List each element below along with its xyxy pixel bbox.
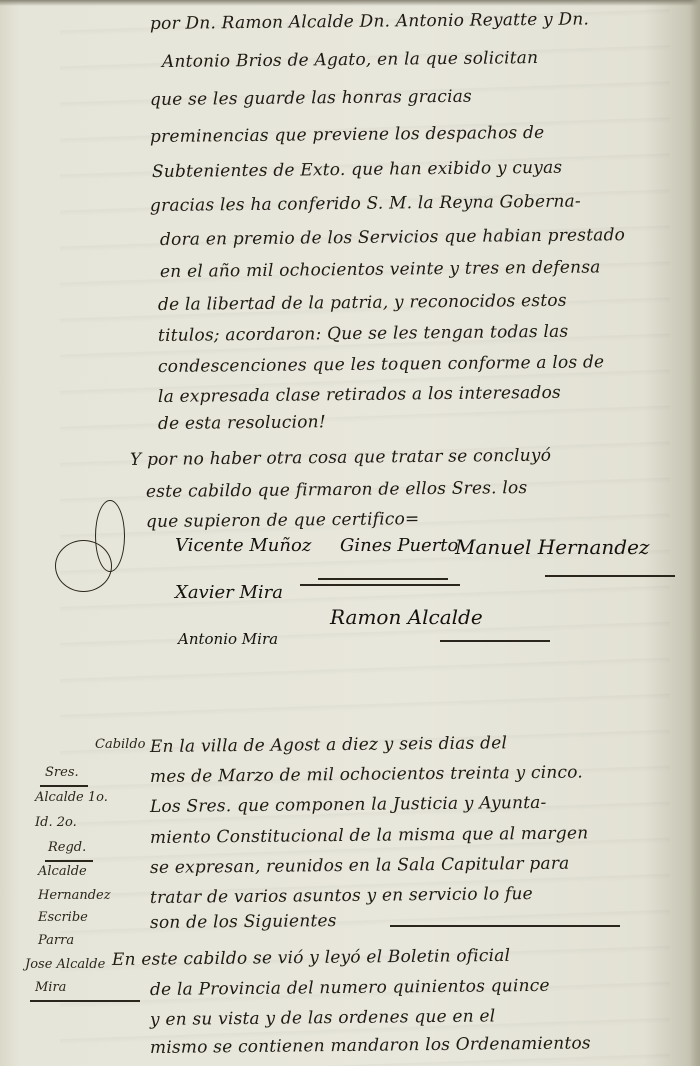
entry-line: Los Sres. que componen la Justicia y Ayu… [150, 793, 547, 817]
entry-line: miento Constitucional de la misma que al… [150, 823, 589, 848]
signature: Antonio Mira [178, 630, 278, 648]
margin-rule [45, 860, 93, 862]
margin-note: Parra [38, 933, 74, 948]
signature: Gines Puerto [340, 535, 458, 556]
entry-line: En la villa de Agost a diez y seis dias … [150, 733, 507, 757]
entry-line: tratar de varios asuntos y en servicio l… [150, 884, 533, 908]
body-line: titulos; acordaron: Que se les tengan to… [158, 322, 569, 346]
body-line: Subtenientes de Exto. que han exibido y … [152, 158, 562, 182]
body-line: Y por no haber otra cosa que tratar se c… [130, 446, 551, 470]
body-line: este cabildo que firmaron de ellos Sres.… [146, 478, 528, 502]
signature-underline [545, 575, 675, 577]
signature: Ramon Alcalde [330, 605, 483, 629]
body-line: preminencias que previene los despachos … [150, 123, 545, 147]
body-line: que supieron de que certifico= [146, 509, 420, 532]
body-line: por Dn. Ramon Alcalde Dn. Antonio Reyatt… [150, 9, 589, 34]
entry-line: de la Provincia del numero quinientos qu… [150, 976, 550, 1000]
signature-underline [300, 584, 460, 586]
signature-underline [440, 640, 550, 642]
entry-line: mismo se contienen mandaron los Ordenami… [150, 1033, 591, 1058]
body-line: gracias les ha conferido S. M. la Reyna … [150, 191, 581, 216]
margin-note: Escribe [38, 910, 88, 925]
body-line: condescenciones que les toquen conforme … [158, 352, 604, 377]
notary-rubric-icon [95, 500, 125, 572]
margin-note: Regd. [48, 840, 86, 855]
entry-line: En este cabildo se vió y leyó el Boletin… [112, 946, 510, 970]
entry-line: son de los Siguientes [150, 911, 337, 933]
signature: Manuel Hernandez [455, 535, 649, 559]
entry-line: y en su vista y de las ordenes que en el [150, 1006, 496, 1030]
body-line: Antonio Brios de Agato, en la que solici… [162, 48, 538, 72]
signature: Vicente Muñoz [175, 535, 311, 556]
margin-note: Jose Alcalde [25, 957, 105, 972]
body-line: dora en premio de los Servicios que habi… [160, 225, 625, 250]
margin-note: Mira [35, 980, 66, 995]
margin-note: Alcalde [38, 864, 87, 879]
margin-note: Hernandez [38, 888, 111, 903]
margin-note: Sres. [45, 765, 79, 780]
body-line: de esta resolucion! [158, 412, 326, 434]
margin-heading: Cabildo [95, 737, 145, 752]
body-line: que se les guarde las honras gracias [150, 87, 472, 110]
entry-line: se expresan, reunidos en la Sala Capitul… [150, 854, 570, 878]
line-filler-rule [390, 925, 620, 927]
body-line: en el año mil ochocientos veinte y tres … [160, 257, 601, 282]
margin-note: Id. 2o. [35, 815, 77, 830]
signature-underline [318, 578, 448, 580]
body-line: la expresada clase retirados a los inter… [158, 383, 561, 407]
entry-line: mes de Marzo de mil ochocientos treinta … [150, 762, 583, 787]
margin-note: Alcalde 1o. [35, 790, 108, 805]
margin-rule [30, 1000, 140, 1002]
body-line: de la libertad de la patria, y reconocid… [158, 291, 567, 315]
signature: Xavier Mira [175, 582, 283, 603]
margin-rule [40, 785, 88, 787]
manuscript-page: por Dn. Ramon Alcalde Dn. Antonio Reyatt… [0, 0, 700, 1066]
